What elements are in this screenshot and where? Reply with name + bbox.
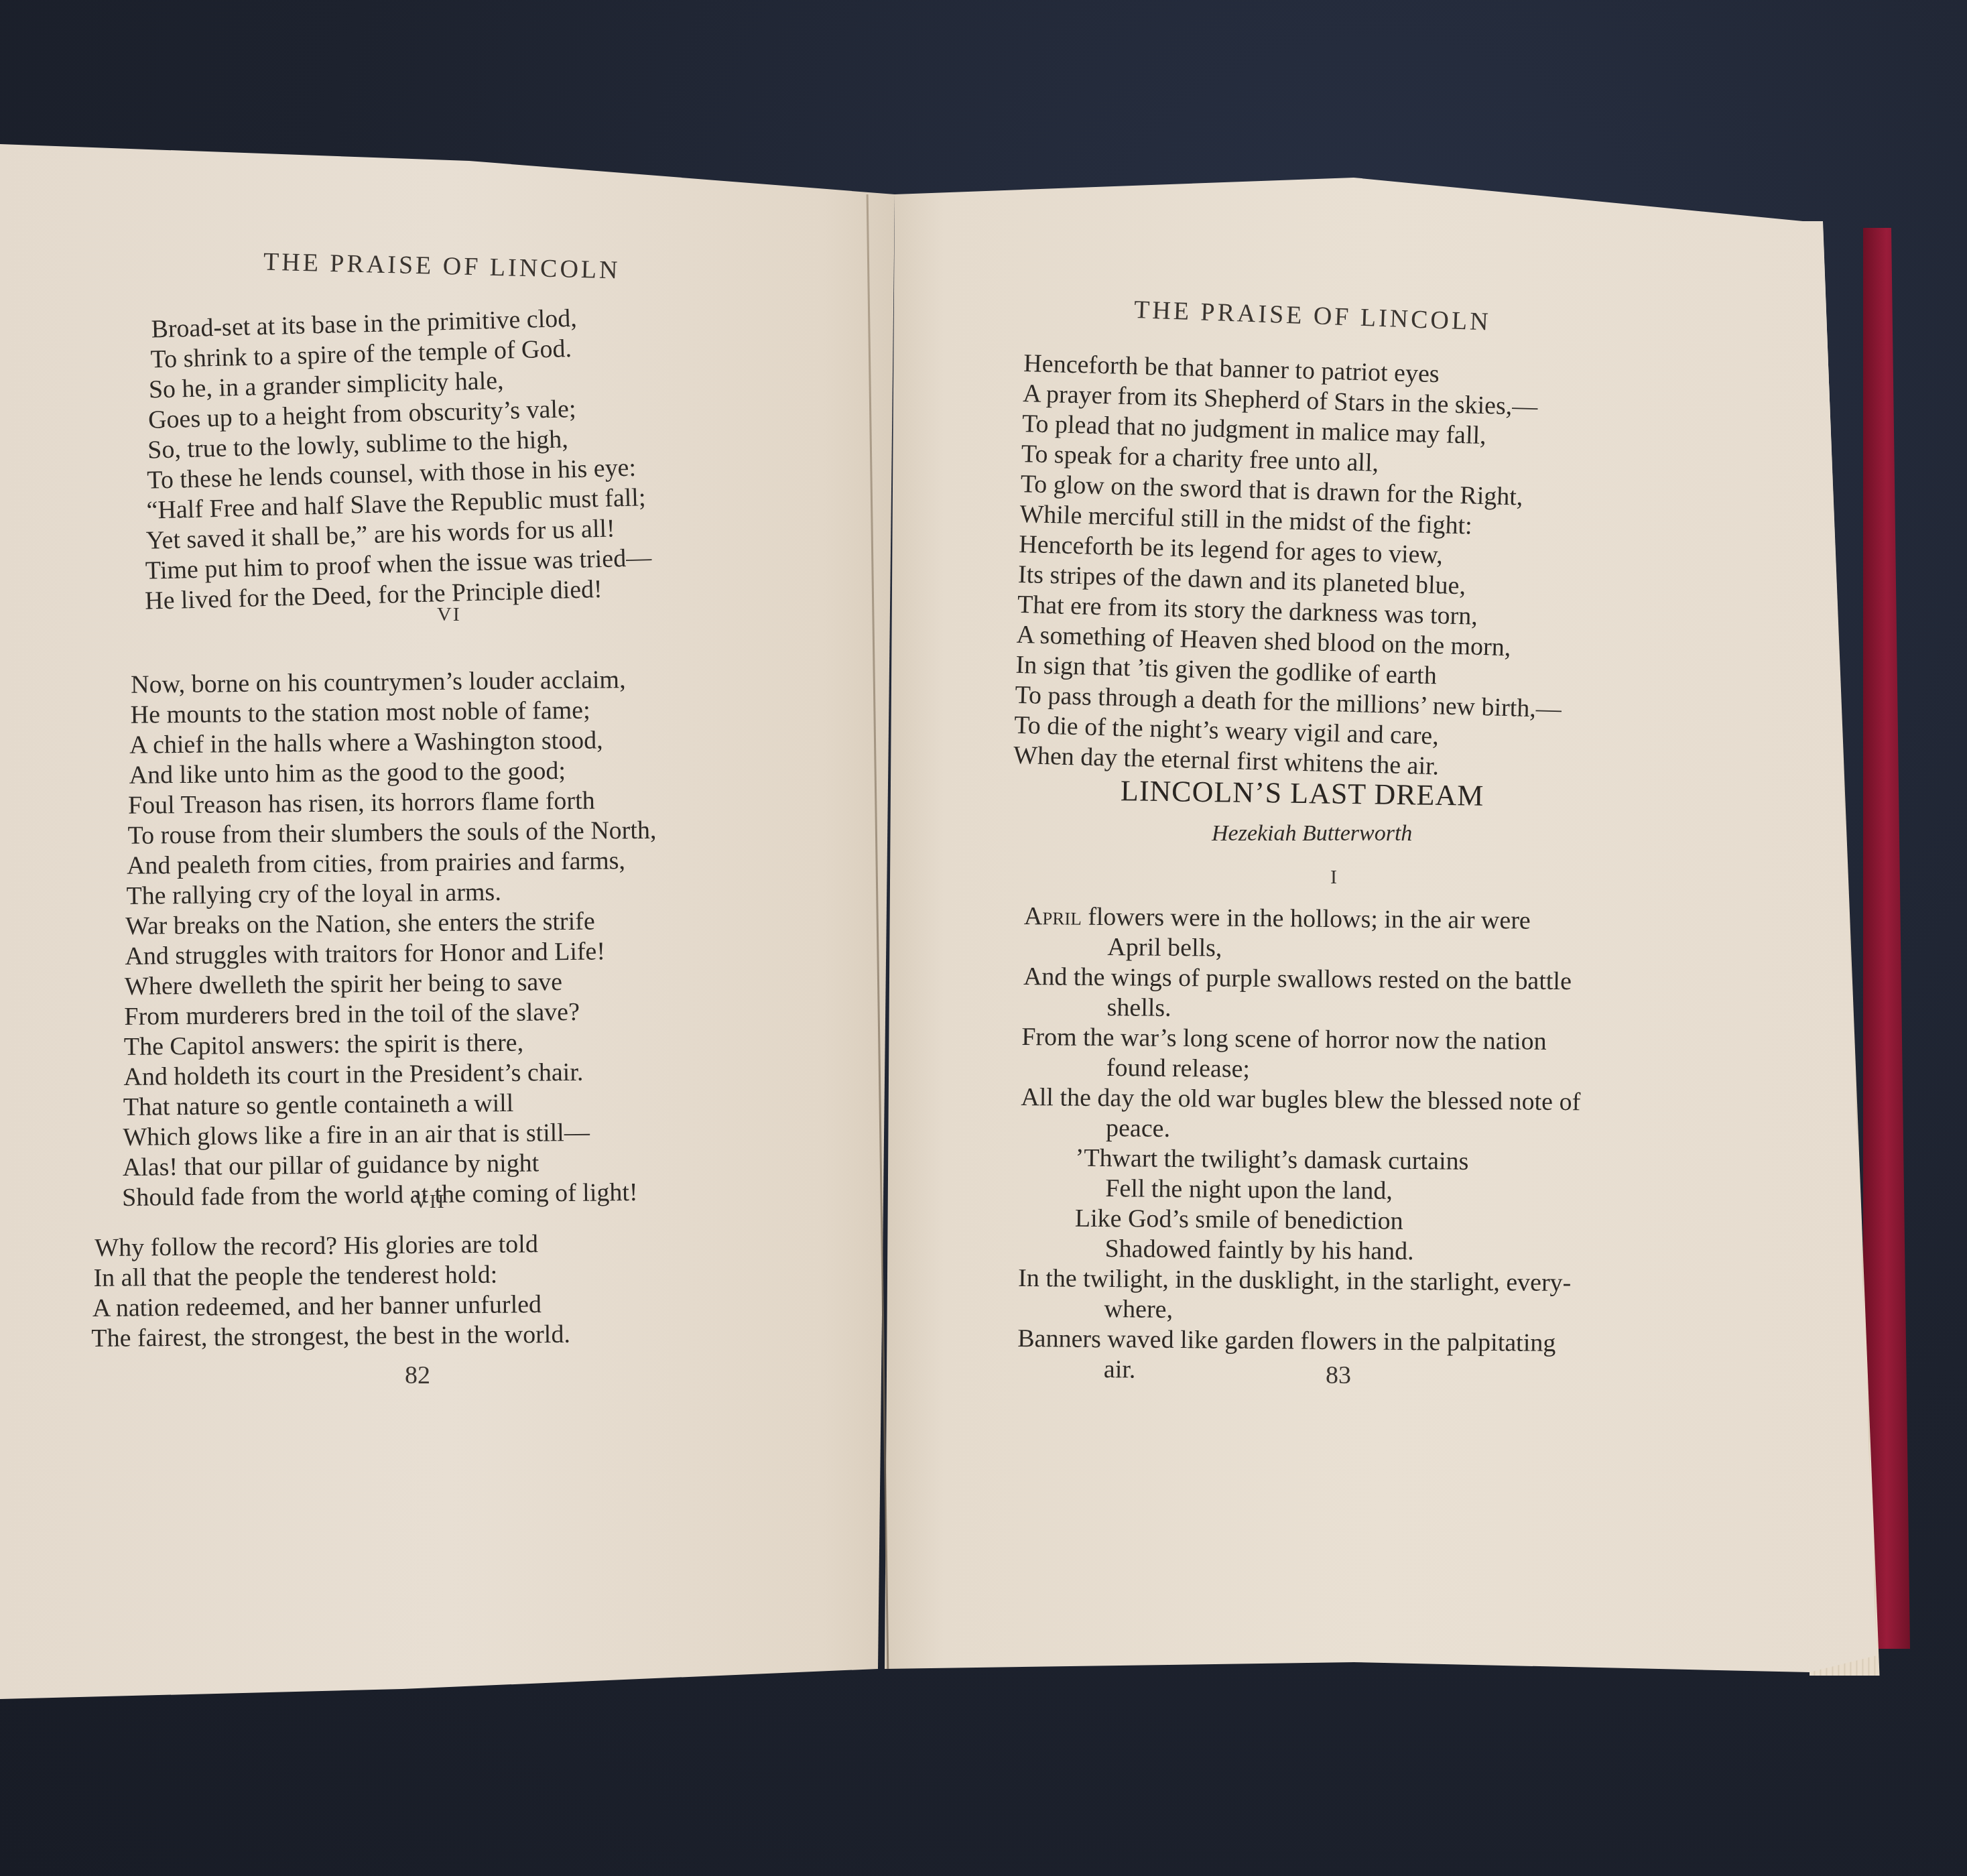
verse-line: April flowers were in the hollows; in th… [1024,901,1584,936]
verse-line: Banners waved like garden flowers in the… [1017,1324,1577,1359]
left-stanza-1: Broad-set at its base in the primitive c… [137,302,651,617]
verse-line-continuation: found release; [1023,1052,1582,1087]
verse-line-continuation: air. [1020,1354,1580,1389]
verse-line: A nation redeemed, and her banner unfurl… [92,1290,572,1324]
verse-line: ’Thwart the twilight’s damask curtains [1021,1143,1581,1178]
verse-line: Why follow the record? His glories are t… [94,1229,574,1263]
section-number-vi: VI [437,603,461,626]
verse-line: All the day the old war bugles blew the … [1021,1082,1580,1117]
verse-line: From the war’s long scene of horror now … [1021,1022,1581,1057]
verse-line: Like God’s smile of benediction [1021,1203,1581,1238]
verse-line: In all that the people the tenderest hol… [93,1259,572,1294]
section-number-i: I [1330,866,1338,889]
right-stanza-continued: Henceforth be that banner to patriot eye… [1013,349,1571,785]
verse-line: And the wings of purple swallows rested … [1023,962,1583,997]
verse-line-continuation: April bells, [1023,932,1583,966]
verse-line: The fairest, the strongest, the best in … [91,1320,570,1354]
section-number-vii: VII [414,1190,446,1213]
poem-author: Hezekiah Butterworth [1212,821,1412,847]
verse-line: Shadowed faintly by his hand. [1021,1233,1580,1268]
verse-line-continuation: where, [1021,1294,1580,1328]
book-cover-edge [1863,228,1910,1649]
drop-word: April [1024,902,1082,931]
left-stanza-vii: Why follow the record? His glories are t… [90,1229,570,1354]
verse-line: In the twilight, in the dusklight, in th… [1018,1263,1578,1298]
left-stanza-vi: Now, borne on his countrymen’s louder ac… [117,665,651,1213]
poem-title: LINCOLN’S LAST DREAM [1121,773,1484,813]
verse-line: Fell the night upon the land, [1021,1173,1581,1208]
poem-body: April flowers were in the hollows; in th… [1020,901,1584,1389]
verse-line: Should fade from the world at the coming… [122,1178,651,1213]
verse-line-continuation: peace. [1022,1113,1582,1147]
verse-line-continuation: shells. [1023,992,1582,1027]
page-number-left: 82 [405,1361,430,1390]
page-number-right: 83 [1326,1361,1351,1390]
